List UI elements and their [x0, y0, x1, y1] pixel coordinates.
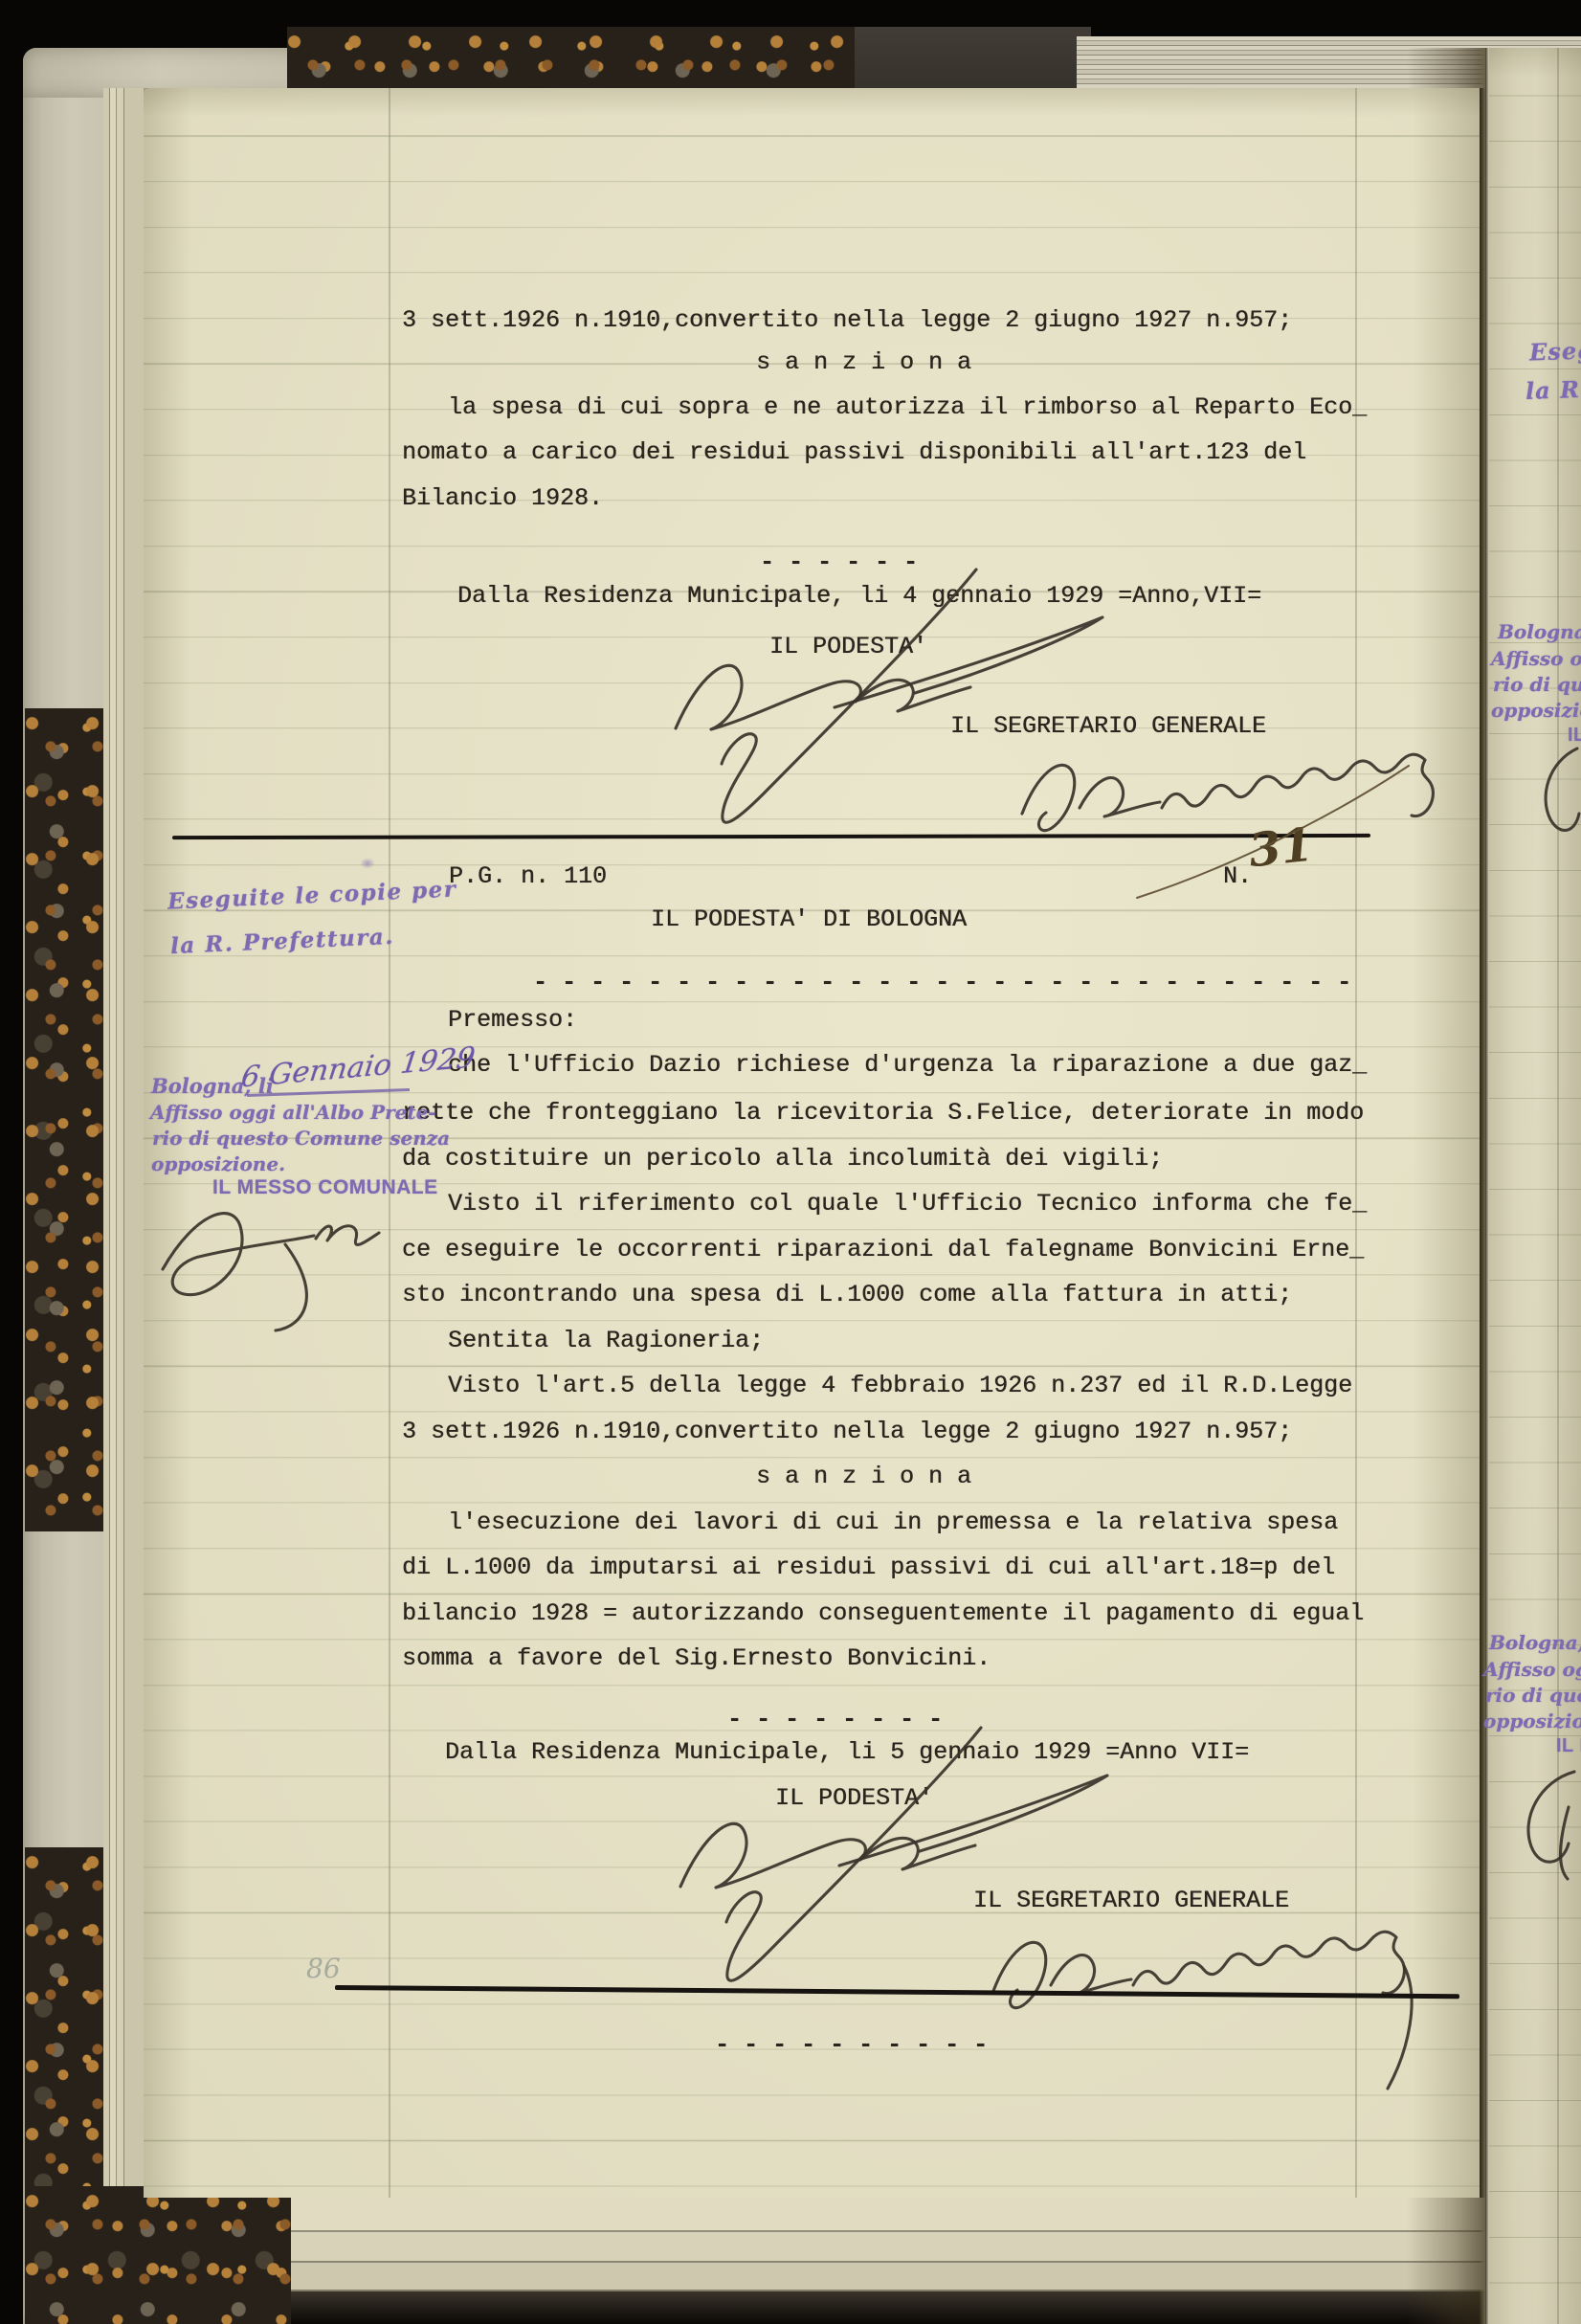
- page-edge-stack: [103, 88, 145, 2324]
- cover-corner-block: [855, 27, 1091, 92]
- next-albo1-line-4: opposizio: [1491, 699, 1581, 722]
- messo-signature: [142, 1185, 429, 1338]
- scanned-register-photo: 3 sett.1926 n.1910,convertito nella legg…: [0, 0, 1581, 2324]
- next-albo1-line-1: Bologna,: [1498, 620, 1581, 643]
- bottom-page-edge-2: [144, 2232, 1581, 2263]
- next-albo2-line-4: opposizione: [1483, 1709, 1581, 1732]
- doc2-body-2: rette che fronteggiano la ricevitoria S.…: [402, 1099, 1364, 1128]
- doc2-title-dashes: - - - - - - - - - - - - - - - - - - - - …: [533, 969, 1351, 997]
- next-albo2-line-1: Bologna, li: [1489, 1631, 1581, 1654]
- stamp-ink-dot: [360, 858, 375, 869]
- doc2-sanziona: s a n z i o n a: [756, 1463, 971, 1491]
- doc1-line-1: 3 sett.1926 n.1910,convertito nella legg…: [402, 306, 1292, 335]
- doc1-sanziona: s a n z i o n a: [756, 348, 971, 377]
- next-albo2-signature: [1507, 1754, 1581, 1884]
- doc2-body-9: 3 sett.1926 n.1910,convertito nella legg…: [402, 1418, 1292, 1446]
- doc2-body-5: ce eseguire le occorrenti riparazioni da…: [402, 1236, 1364, 1264]
- doc2-premesso: Premesso:: [448, 1006, 577, 1035]
- next-albo1-signature: [1535, 737, 1581, 847]
- bottom-shadow: [144, 2291, 1581, 2324]
- doc1-line-3: nomato a carico dei residui passivi disp…: [402, 438, 1306, 467]
- doc1-line-2: la spesa di cui sopra e ne autorizza il …: [448, 393, 1367, 422]
- doc2-protocol: P.G. n. 110: [449, 862, 607, 891]
- albo-stamp-line-4: opposizione.: [151, 1152, 285, 1175]
- doc2-body2-4: somma a favore del Sig.Ernesto Bonvicini…: [402, 1644, 991, 1673]
- marbled-cover-top: [287, 27, 861, 92]
- bottom-page-edge-3: [144, 2263, 1581, 2291]
- gutter-crease: [1485, 48, 1489, 2324]
- albo-stamp-line-3: rio di questo Comune senza: [152, 1127, 450, 1150]
- doc2-body-7: Sentita la Ragioneria;: [448, 1327, 764, 1355]
- doc2-body2-3: bilancio 1928 = autorizzando conseguente…: [402, 1599, 1364, 1628]
- next-albo2-line-3: rio di ques: [1485, 1684, 1581, 1707]
- next-albo1-line-3: rio di que: [1493, 673, 1581, 696]
- next-prefettura-partial-2: la R: [1525, 375, 1581, 405]
- doc2-body-8: Visto l'art.5 della legge 4 febbraio 192…: [448, 1372, 1352, 1400]
- bottom-page-edge-1: [144, 2198, 1581, 2232]
- doc2-body2-1: l'esecuzione dei lavori di cui in premes…: [448, 1508, 1338, 1537]
- marbled-corner-bottom-left: [25, 2186, 291, 2324]
- doc2-body-1: che l'Ufficio Dazio richiese d'urgenza l…: [448, 1051, 1367, 1080]
- albo-stamp-line-2: Affisso oggi all'Albo Prete-: [150, 1101, 436, 1124]
- marbled-cover-left-2: [25, 1847, 107, 2192]
- closing-dashes: - - - - - - - - - -: [715, 2031, 988, 2060]
- next-albo1-line-2: Affisso og: [1491, 647, 1581, 670]
- doc2-body-6: sto incontrando una spesa di L.1000 come…: [402, 1281, 1292, 1309]
- marbled-cover-left-1: [25, 708, 107, 1531]
- next-albo2-line-2: Affisso oggi: [1483, 1658, 1581, 1681]
- doc2-body2-2: di L.1000 da imputarsi ai residui passiv…: [402, 1553, 1335, 1582]
- doc2-body-4: Visto il riferimento col quale l'Ufficio…: [448, 1190, 1367, 1218]
- doc2-title: IL PODESTA' DI BOLOGNA: [651, 905, 967, 934]
- number-flourish: [1129, 756, 1416, 900]
- pencil-note: 86: [306, 1953, 341, 1984]
- doc1-line-4: Bilancio 1928.: [402, 484, 603, 513]
- next-prefettura-partial-1: Esegu: [1529, 336, 1581, 367]
- doc2-body-3: da costituire un pericolo alla incolumit…: [402, 1145, 1163, 1173]
